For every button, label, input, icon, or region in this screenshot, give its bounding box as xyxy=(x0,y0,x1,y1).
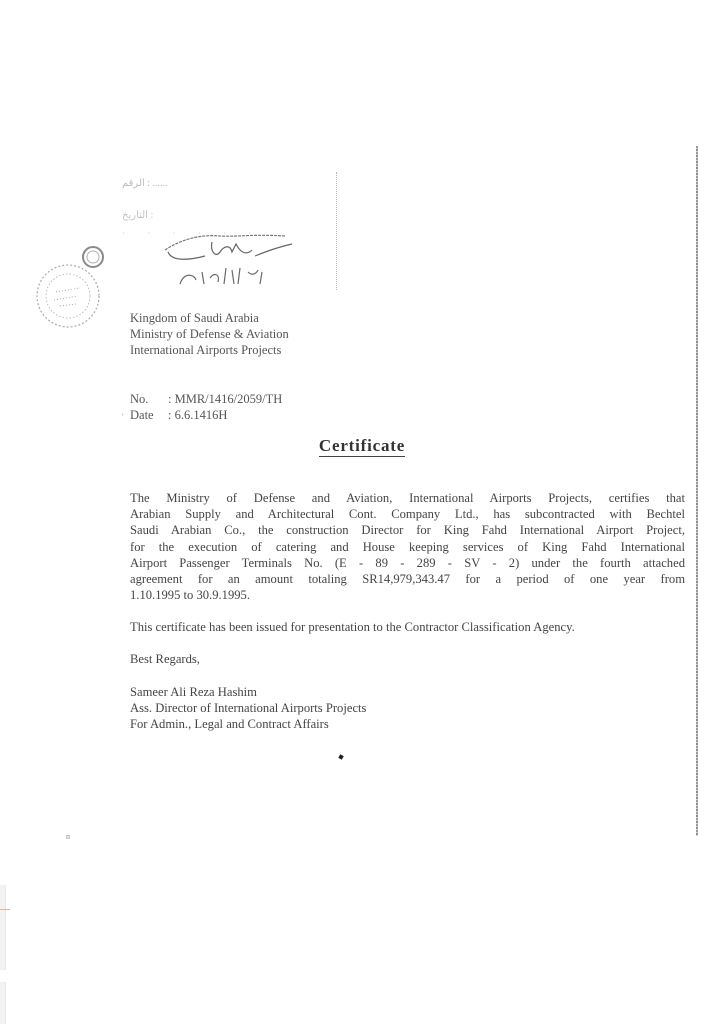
signatory-department: For Admin., Legal and Contract Affairs xyxy=(130,716,366,732)
stamp-faint-line-1: الرقم : ...... xyxy=(122,178,168,189)
letterhead-kingdom: Kingdom of Saudi Arabia xyxy=(130,310,289,326)
reference-number-label: No. xyxy=(130,391,168,407)
scan-edge-line xyxy=(696,146,698,836)
letterhead: Kingdom of Saudi Arabia Ministry of Defe… xyxy=(130,310,289,358)
body-line: Saudi Arabian Co., the construction Dire… xyxy=(130,522,685,538)
scan-edge-left xyxy=(0,885,6,970)
scan-edge-left-lower xyxy=(0,982,6,1024)
certificate-body: The Ministry of Defense and Aviation, In… xyxy=(130,490,685,603)
body-line: 1.10.1995 to 30.9.1995. xyxy=(130,587,685,603)
body-line: Arabian Supply and Architectural Cont. C… xyxy=(130,506,685,522)
scan-speck xyxy=(338,754,343,759)
body-line: Airport Passenger Terminals No. (E - 89 … xyxy=(130,555,685,571)
signatory-block: Sameer Ali Reza Hashim Ass. Director of … xyxy=(130,684,366,733)
body-line: agreement for an amount totaling SR14,97… xyxy=(130,571,685,587)
stray-tick-mark: ' xyxy=(122,409,124,425)
signatory-title: Ass. Director of International Airports … xyxy=(130,700,366,716)
handwritten-signature-icon xyxy=(160,222,310,290)
body-line: for the execution of catering and House … xyxy=(130,539,685,555)
scan-edge-mark xyxy=(0,909,10,910)
body-line: The Ministry of Defense and Aviation, In… xyxy=(130,490,685,506)
reference-number-row: No. : MMR/1416/2059/TH xyxy=(130,391,282,407)
purpose-statement: This certificate has been issued for pre… xyxy=(130,620,575,635)
stray-mark: n xyxy=(66,832,70,841)
reference-number-value: : MMR/1416/2059/TH xyxy=(168,391,282,407)
reference-date-row: Date : 6.6.1416H xyxy=(130,407,282,423)
signatory-name: Sameer Ali Reza Hashim xyxy=(130,684,366,700)
official-seal-icon xyxy=(34,262,102,330)
reference-date-label: Date xyxy=(130,407,168,423)
reference-date-value: : 6.6.1416H xyxy=(168,407,227,423)
closing: Best Regards, xyxy=(130,652,200,667)
letterhead-ministry: Ministry of Defense & Aviation xyxy=(130,326,289,342)
document-title-text: Certificate xyxy=(319,436,405,457)
stamp-faint-line-2: التاريخ : xyxy=(122,210,153,221)
document-title: Certificate xyxy=(0,436,724,456)
letterhead-department: International Airports Projects xyxy=(130,342,289,358)
seal-ring-icon xyxy=(80,244,106,270)
reference-block: ' No. : MMR/1416/2059/TH Date : 6.6.1416… xyxy=(130,391,282,423)
